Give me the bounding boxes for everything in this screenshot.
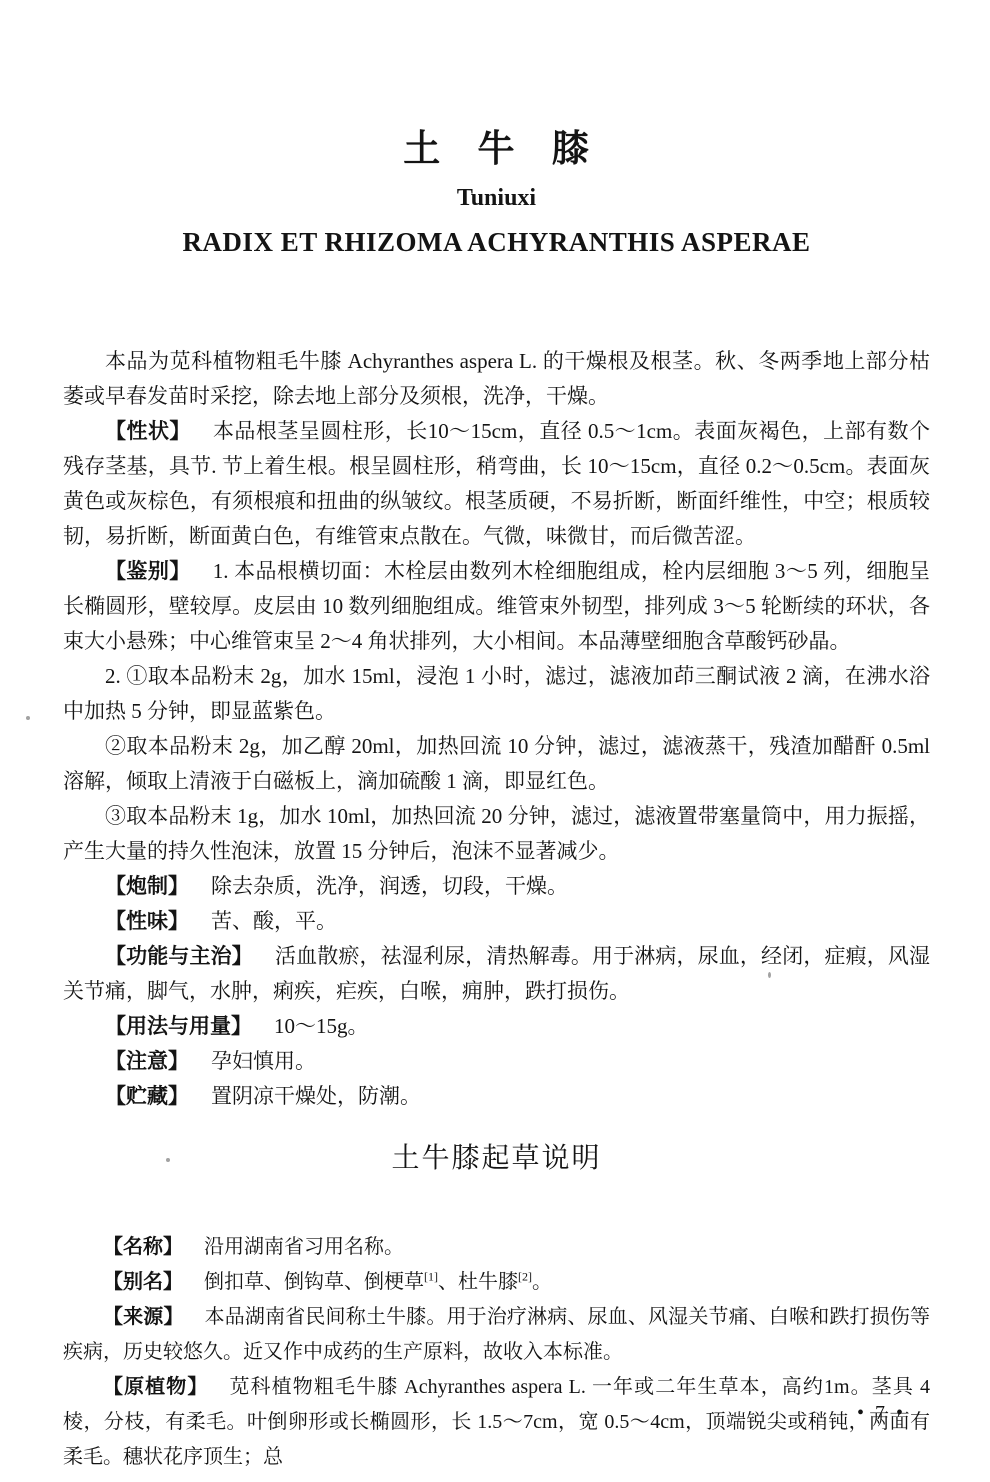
section-label-caution: 【注意】 [105,1050,189,1073]
scan-speck [26,716,30,720]
paragraph-property-flavor: 【性味】苦、酸，平。 [63,904,930,939]
paragraph-caution: 【注意】孕妇慎用。 [63,1044,930,1079]
section-label-identification: 【鉴别】 [105,560,191,583]
note-aliases: 【别名】倒扣草、倒钩草、倒梗草[1]、杜牛膝[2]。 [63,1265,930,1300]
paragraph-text: 本品湖南省民间称土牛膝。用于治疗淋病、尿血、风湿关节痛、白喉和跌打损伤等疾病，历… [63,1306,930,1363]
paragraph-functions-indications: 【功能与主治】活血散瘀，祛湿利尿，清热解毒。用于淋病，尿血，经闭，症瘕，风湿关节… [63,939,930,1009]
monograph-body: 本品为苋科植物粗毛牛膝 Achyranthes aspera L. 的干燥根及根… [63,344,930,1114]
note-source: 【来源】本品湖南省民间称土牛膝。用于治疗淋病、尿血、风湿关节痛、白喉和跌打损伤等… [63,1300,930,1370]
paragraph-text: 、杜牛膝 [438,1271,518,1293]
monograph-title-pinyin: Tuniuxi [63,185,930,212]
paragraph-text: 苦、酸，平。 [211,909,337,933]
paragraph-text: 10～15g。 [274,1014,369,1038]
paragraph-text: 1. 本品根横切面：木栓层由数列木栓细胞组成，栓内层细胞 3～5 列，细胞呈长椭… [63,559,930,653]
monograph-title-latin: RADIX ET RHIZOMA ACHYRANTHIS ASPERAE [63,227,930,258]
section-label-source: 【来源】 [103,1306,184,1328]
paragraph-identification: 【鉴别】1. 本品根横切面：木栓层由数列木栓细胞组成，栓内层细胞 3～5 列，细… [63,554,930,659]
paragraph-text: ③取本品粉末 1g，加水 10ml，加热回流 20 分钟，滤过，滤液置带塞量筒中… [63,804,930,863]
paragraph-dosage: 【用法与用量】10～15g。 [63,1009,930,1044]
paragraph-text: ②取本品粉末 2g，加乙醇 20ml，加热回流 10 分钟，滤过，滤液蒸干，残渣… [63,734,930,793]
section-label-name: 【名称】 [103,1236,183,1258]
note-name: 【名称】沿用湖南省习用名称。 [63,1230,930,1265]
paragraph-identification-test-2: ②取本品粉末 2g，加乙醇 20ml，加热回流 10 分钟，滤过，滤液蒸干，残渣… [63,729,930,799]
paragraph-storage: 【贮藏】置阴凉干燥处，防潮。 [63,1079,930,1114]
section-label-aliases: 【别名】 [103,1271,183,1293]
drafting-notes-title: 土牛膝起草说明 [63,1136,930,1176]
paragraph-identification-test-3: ③取本品粉末 1g，加水 10ml，加热回流 20 分钟，滤过，滤液置带塞量筒中… [63,799,930,869]
footnote-ref-1: [1] [424,1269,438,1283]
paragraph-text: 。 [532,1271,552,1293]
paragraph-text: 置阴凉干燥处，防潮。 [211,1084,421,1108]
footnote-ref-2: [2] [518,1269,532,1283]
section-label-functions: 【功能与主治】 [105,945,253,968]
scan-speck [166,1158,170,1162]
paragraph-text: 倒扣草、倒钩草、倒梗草 [204,1271,424,1293]
paragraph-text: 孕妇慎用。 [211,1049,316,1073]
paragraph-text: 本品根茎呈圆柱形，长10～15cm，直径 0.5～1cm。表面灰褐色，上部有数个… [63,419,930,548]
section-label-storage: 【贮藏】 [105,1085,189,1108]
note-original-plant: 【原植物】苋科植物粗毛牛膝 Achyranthes aspera L. 一年或二… [63,1370,930,1475]
section-label-description: 【性状】 [105,420,191,443]
paragraph-text: 2. ①取本品粉末 2g，加水 15ml，浸泡 1 小时，滤过，滤液加茚三酮试液… [63,664,930,723]
paragraph-description: 【性状】本品根茎呈圆柱形，长10～15cm，直径 0.5～1cm。表面灰褐色，上… [63,414,930,554]
paragraph-processing: 【炮制】除去杂质，洗净，润透，切段，干燥。 [63,869,930,904]
section-label-dosage: 【用法与用量】 [105,1015,252,1038]
section-label-original-plant: 【原植物】 [103,1376,208,1398]
monograph-title-chinese: 土 牛 膝 [63,118,930,172]
paragraph-source-intro: 本品为苋科植物粗毛牛膝 Achyranthes aspera L. 的干燥根及根… [63,344,930,414]
paragraph-text: 除去杂质，洗净，润透，切段，干燥。 [211,874,568,898]
section-label-property-flavor: 【性味】 [105,910,189,933]
page-number: • 7 • [857,1402,906,1425]
paragraph-identification-test-1: 2. ①取本品粉末 2g，加水 15ml，浸泡 1 小时，滤过，滤液加茚三酮试液… [63,659,930,729]
drafting-notes-body: 【名称】沿用湖南省习用名称。 【别名】倒扣草、倒钩草、倒梗草[1]、杜牛膝[2]… [63,1230,930,1475]
section-label-processing: 【炮制】 [105,875,189,898]
document-page: 土 牛 膝 Tuniuxi RADIX ET RHIZOMA ACHYRANTH… [0,0,990,1482]
paragraph-text: 沿用湖南省习用名称。 [204,1236,404,1258]
scan-speck [768,972,771,978]
